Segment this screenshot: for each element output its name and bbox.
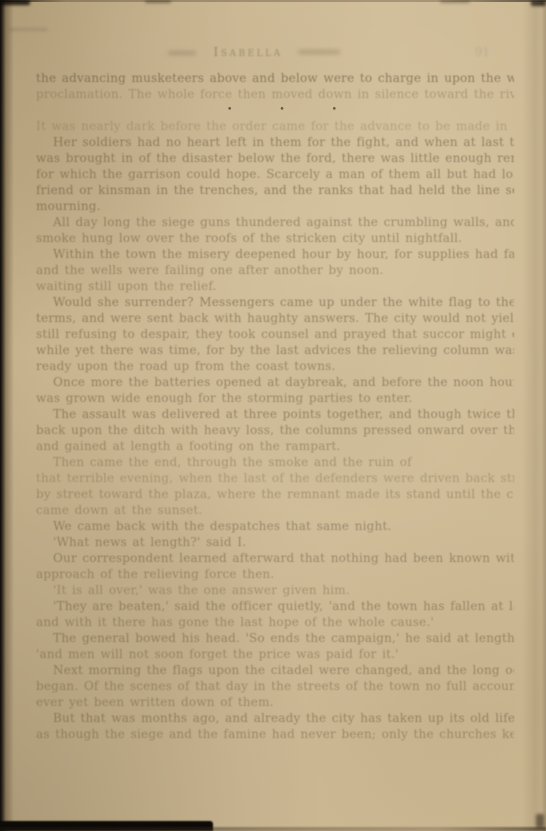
text-line: All day long the siege guns thundered ag…: [36, 214, 514, 230]
text-line: It was nearly dark before the order came…: [36, 118, 514, 134]
text-line: was grown wide enough for the storming p…: [36, 390, 514, 406]
text-line: approach of the relieving force then.: [36, 566, 514, 582]
scan-mark-bottom-right: [536, 814, 544, 828]
text-line: 'What news at length?' said I.: [36, 534, 514, 550]
text-line: 'It is all over,' was the one answer giv…: [36, 582, 514, 598]
text-line: Her soldiers had no heart left in them f…: [36, 134, 514, 150]
text-line: still refusing to despair, they took cou…: [36, 326, 514, 342]
text-line: and the wells were failing one after ano…: [36, 262, 514, 278]
text-line: mourning.: [36, 198, 514, 214]
text-line: proclamation. The whole force then moved…: [36, 86, 514, 102]
running-header-title: Isabella: [0, 44, 546, 59]
text-line: 'and men will not soon forget the price …: [36, 646, 514, 662]
text-line: by street toward the plaza, where the re…: [36, 486, 514, 502]
page-number: 91: [475, 45, 490, 59]
text-line: the advancing musketeers above and below…: [36, 70, 514, 86]
scanned-book-page: Isabella 91 the advancing musketeers abo…: [0, 0, 546, 831]
text-line: Then came the end, through the smoke and…: [36, 454, 514, 470]
scan-mark-top-right: [440, 0, 470, 3]
text-line: while yet there was time, for by the las…: [36, 342, 514, 358]
break-dot: •: [332, 106, 337, 115]
scan-edge-left: [0, 0, 14, 831]
text-line: Would she surrender? Messengers came up …: [36, 294, 514, 310]
text-line: But that was months ago, and already the…: [36, 710, 514, 726]
text-line: and gained at length a footing on the ra…: [36, 438, 514, 454]
text-line: The assault was delivered at three point…: [36, 406, 514, 422]
scan-smudge-left: [8, 28, 48, 31]
text-line: Next morning the flags upon the citadel …: [36, 662, 514, 678]
text-line: began. Of the scenes of that day in the …: [36, 678, 514, 694]
scan-mark-top-left: [0, 0, 30, 5]
text-line: Our correspondent learned afterward that…: [36, 550, 514, 566]
text-line: for which the garrison could hope. Scarc…: [36, 166, 514, 182]
page-curl-shadow-right: [522, 0, 546, 831]
scan-mark-top-mid: [145, 0, 171, 3]
section-break: •••: [36, 102, 514, 118]
text-line: Once more the batteries opened at daybre…: [36, 374, 514, 390]
header-smudge-left: [168, 51, 196, 55]
text-line: back upon the ditch with heavy loss, the…: [36, 422, 514, 438]
text-line: Within the town the misery deepened hour…: [36, 246, 514, 262]
text-line: smoke hung low over the roofs of the str…: [36, 230, 514, 246]
text-line: We came back with the despatches that sa…: [36, 518, 514, 534]
text-line: as though the siege and the famine had n…: [36, 726, 514, 742]
text-line: friend or kinsman in the trenches, and t…: [36, 182, 514, 198]
body-text-block: the advancing musketeers above and below…: [36, 70, 514, 742]
text-line: ready upon the road up from the coast to…: [36, 358, 514, 374]
header-smudge-right: [298, 50, 340, 54]
break-dot: •: [279, 106, 284, 115]
text-line: ever yet been written down of them.: [36, 694, 514, 710]
text-line: that terrible evening, when the last of …: [36, 470, 514, 486]
text-line: and with it there has gone the last hope…: [36, 614, 514, 630]
text-line: terms, and were sent back with haughty a…: [36, 310, 514, 326]
text-line: The general bowed his head. 'So ends the…: [36, 630, 514, 646]
text-line: 'They are beaten,' said the officer quie…: [36, 598, 514, 614]
text-line: was brought in of the disaster below the…: [36, 150, 514, 166]
text-line: came down at the sunset.: [36, 502, 514, 518]
break-dot: •: [227, 106, 232, 115]
text-line: waiting still upon the relief.: [36, 278, 514, 294]
scan-edge-bottom: [0, 827, 546, 831]
